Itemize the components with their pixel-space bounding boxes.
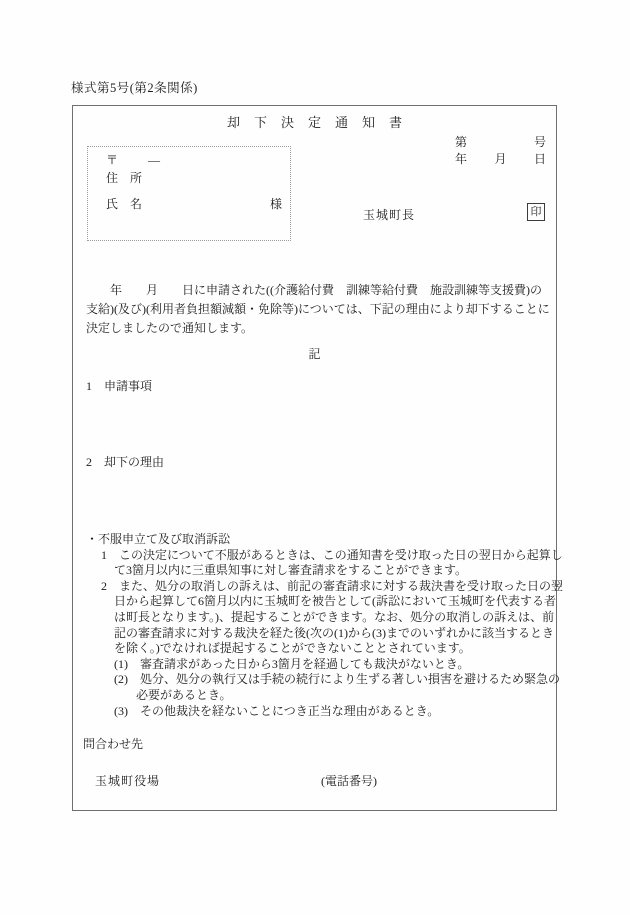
section-2-heading: 2 却下の理由 (86, 453, 164, 470)
recipient-address-box: 〒 — 住 所 氏 名 様 (87, 146, 291, 241)
contact-office: 玉城町役場 (95, 772, 160, 789)
body-paragraph: 年 月 日に申請された((介護給付費 訓練等給付費 施設訓練等支援費)の 支給)… (86, 281, 552, 338)
appeal-line: を除く。)でなければ提起することができないこととされています。 (114, 641, 556, 657)
name-label: 氏 名 (106, 195, 142, 213)
section-1-heading: 1 申請事項 (86, 377, 152, 394)
appeal-line: (3) その他裁決を経ないことにつき正当な理由があるとき。 (114, 704, 556, 720)
document-number-line: 第 号 (455, 133, 546, 150)
appeal-line: は町長となります。)、提起することができます。なお、処分の取消しの訴えは、前 (114, 610, 556, 626)
document-title: 却下決定通知書 (73, 112, 556, 131)
contact-heading: 問合わせ先 (83, 735, 143, 752)
document-page: 様式第5号(第2条関係) 却下決定通知書 第 号 年 月 日 〒 — 住 所 氏… (0, 0, 630, 915)
issuer-name: 玉城町長 (363, 206, 415, 223)
appeal-heading: ・不服申立て及び取消訴訟 (86, 532, 556, 548)
contact-phone-label: (電話番号) (321, 772, 377, 789)
date-year-label: 年 (455, 150, 467, 167)
appeal-line: (1) 審査請求があった日から3箇月を経過しても裁決がないとき。 (114, 657, 556, 673)
document-frame: 却下決定通知書 第 号 年 月 日 〒 — 住 所 氏 名 様 玉城町長 印 年… (72, 105, 557, 811)
seal-mark-icon: 印 (527, 203, 545, 221)
appeal-line: 2 また、処分の取消しの訴えは、前記の審査請求に対する裁決書を受け取った日の翌 (101, 579, 556, 595)
document-date-line: 年 月 日 (455, 150, 546, 167)
ki-heading: 記 (73, 345, 556, 362)
form-number-label: 様式第5号(第2条関係) (71, 78, 198, 96)
appeal-line: (2) 処分、処分の執行又は手続の続行により生ずる著しい損害を避けるため緊急の (114, 672, 556, 688)
address-label: 住 所 (106, 169, 282, 187)
appeal-line: て3箇月以内に三重県知事に対し審査請求をすることができます。 (114, 563, 556, 579)
appeal-line: 1 この決定について不服があるときは、この通知書を受け取った日の翌日から起算し (101, 548, 556, 564)
date-month-label: 月 (494, 150, 506, 167)
appeal-line: 必要があるとき。 (136, 688, 556, 704)
postal-code-line: 〒 — (106, 151, 282, 169)
recipient-name-row: 氏 名 様 (106, 195, 282, 213)
doc-number-prefix: 第 (455, 133, 467, 150)
appeal-line: 記の審査請求に対する裁決を経た後(次の(1)から(3)までのいずれかに該当すると… (114, 626, 556, 642)
honorific-label: 様 (270, 195, 282, 213)
appeal-section: ・不服申立て及び取消訴訟 1 この決定について不服があるときは、この通知書を受け… (73, 532, 556, 719)
doc-number-suffix: 号 (534, 133, 546, 150)
date-day-label: 日 (534, 150, 546, 167)
appeal-line: 日から起算して6箇月以内に玉城町を被告として(訴訟において玉城町を代表する者 (114, 594, 556, 610)
